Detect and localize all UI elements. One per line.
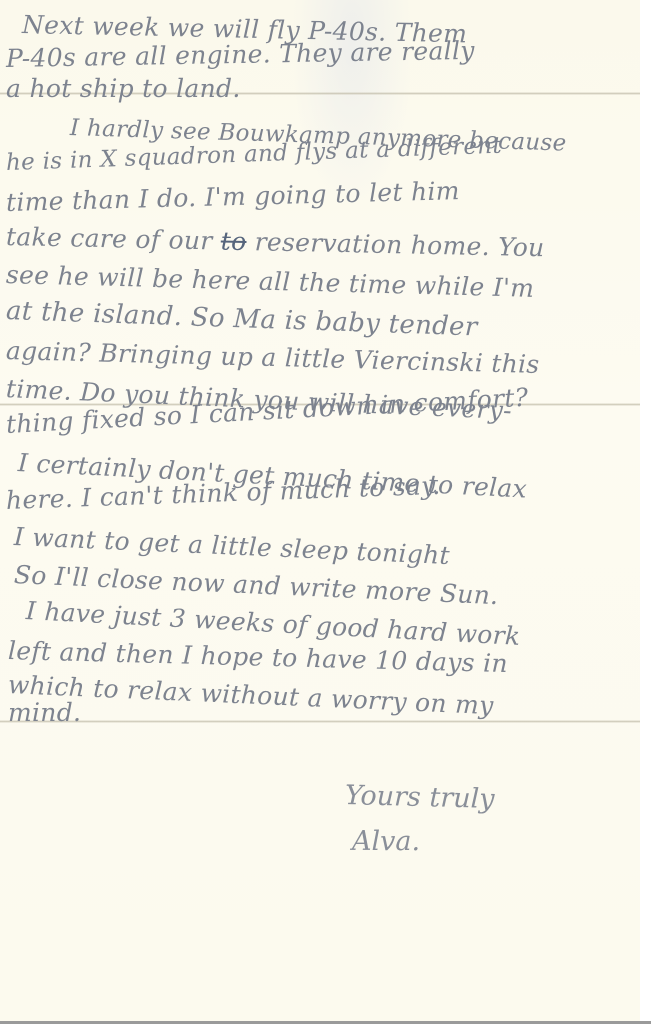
letter-paper: Next week we will fly P-40s. Them P-40s … (0, 0, 640, 1021)
text-before-strike: take care of our (6, 222, 221, 255)
closing: Yours truly (345, 780, 495, 815)
signature: Alva. (352, 826, 420, 857)
letter-line: a hot ship to land. (6, 74, 241, 103)
letter-line: mind. (8, 698, 81, 727)
letter-line-with-strike: take care of our to reservation home. Yo… (6, 222, 545, 262)
letter-line: P-40s are all engine. They are really (6, 36, 475, 73)
letter-line: again? Bringing up a little Viercinski t… (6, 336, 540, 379)
text-after-strike: reservation home. You (246, 227, 545, 262)
letter-line: see he will be here all the time while I… (6, 260, 535, 303)
fold-crease (0, 720, 640, 723)
letter-line: at the island. So Ma is baby tender (5, 296, 478, 342)
letter-line: time than I do. I'm going to let him (6, 176, 460, 217)
crossed-out-word: to (220, 227, 246, 257)
